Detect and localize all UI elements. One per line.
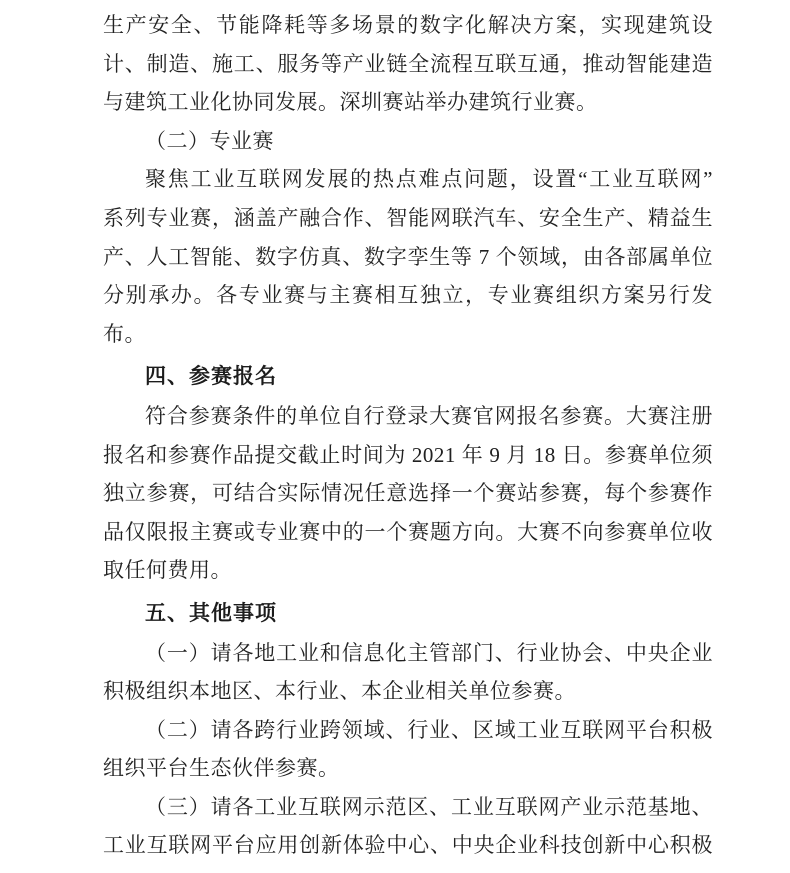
body-line: 独立参赛，可结合实际情况任意选择一个赛站参赛，每个参赛作 (103, 474, 713, 513)
body-line: （一）请各地工业和信息化主管部门、行业协会、中央企业 (103, 634, 713, 673)
body-line: 产、人工智能、数字仿真、数字孪生等 7 个领域，由各部属单位 (103, 238, 713, 277)
body-line: （二）请各跨行业跨领域、行业、区域工业互联网平台积极 (103, 711, 713, 750)
body-line: 符合参赛条件的单位自行登录大赛官网报名参赛。大赛注册 (103, 397, 713, 436)
body-line: 聚焦工业互联网发展的热点难点问题，设置“工业互联网” (103, 160, 713, 199)
body-line: 品仅限报主赛或专业赛中的一个赛题方向。大赛不向参赛单位收 (103, 513, 713, 552)
section-heading-other-matters: 五、其他事项 (103, 595, 713, 634)
body-line: 系列专业赛，涵盖产融合作、智能网联汽车、安全生产、精益生 (103, 199, 713, 238)
body-line: 取任何费用。 (103, 551, 713, 590)
document-page: 生产安全、节能降耗等多场景的数字化解决方案，实现建筑设 计、制造、施工、服务等产… (0, 0, 790, 873)
body-line: 生产安全、节能降耗等多场景的数字化解决方案，实现建筑设 (103, 6, 713, 45)
body-line: 与建筑工业化协同发展。深圳赛站举办建筑行业赛。 (103, 83, 713, 122)
section-heading-registration: 四、参赛报名 (103, 358, 713, 397)
body-line: （三）请各工业互联网示范区、工业互联网产业示范基地、 (103, 788, 713, 827)
body-line: 工业互联网平台应用创新体验中心、中央企业科技创新中心积极 (103, 826, 713, 865)
body-line: 积极组织本地区、本行业、本企业相关单位参赛。 (103, 672, 713, 711)
body-line: 计、制造、施工、服务等产业链全流程互联互通，推动智能建造 (103, 45, 713, 84)
body-line: 分别承办。各专业赛与主赛相互独立，专业赛组织方案另行发 (103, 276, 713, 315)
body-line: 报名和参赛作品提交截止时间为 2021 年 9 月 18 日。参赛单位须 (103, 436, 713, 475)
subsection-title: （二）专业赛 (103, 122, 713, 161)
body-line: 组织平台生态伙伴参赛。 (103, 749, 713, 788)
body-line: 布。 (103, 315, 713, 354)
